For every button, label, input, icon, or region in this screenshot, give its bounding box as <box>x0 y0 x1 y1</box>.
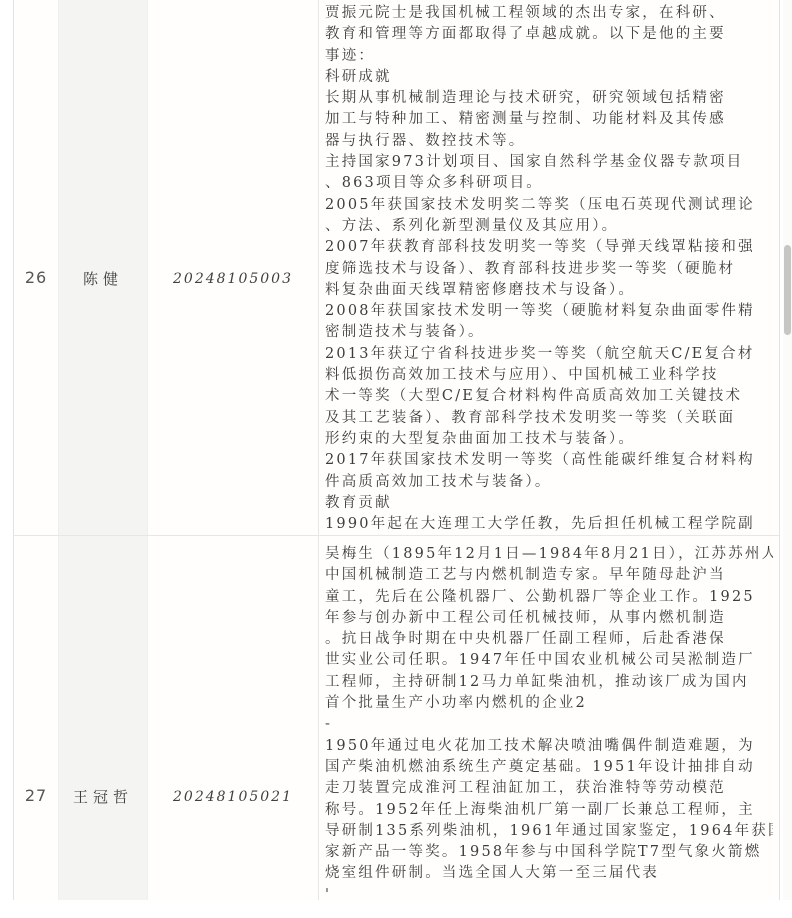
text-line: 童工，先后在公隆机器厂、公勤机器厂等企业工作。1925 <box>325 587 773 608</box>
people-table: 26 陈健 20248105003 贾振元院士是我国机械工程领域的杰出专家，在科… <box>13 0 780 900</box>
text-line: 事迹： <box>325 46 773 67</box>
person-name: 陈健 <box>83 270 123 288</box>
text-line: 1950年通过电火花加工技术解决喷油嘴偶件制造难题，为 <box>325 736 773 757</box>
text-line: 料复杂曲面天线罩精密修磨技术与设备）。 <box>325 280 773 301</box>
text-line: 料低损伤高效加工技术与应用）、中国机械工业科学技 <box>325 365 773 386</box>
text-line: 加工与特种加工、精密测量与控制、功能材料及其传感 <box>325 109 773 130</box>
scrollbar-thumb[interactable] <box>784 245 791 335</box>
text-line: 形约束的大型复杂曲面加工技术与装备）。 <box>325 429 773 450</box>
text-line: 1990年起在大连理工大学任教，先后担任机械工程学院副 <box>325 514 773 535</box>
cell-row-number: 26 <box>14 0 58 535</box>
page-bottom-margin <box>0 900 792 918</box>
text-line: 长期从事机械制造理论与技术研究，研究领域包括精密 <box>325 88 773 109</box>
text-line: 2005年获国家技术发明奖二等奖（压电石英现代测试理论 <box>325 195 773 216</box>
scrollbar-track <box>783 0 792 900</box>
text-line: 工程师，主持研制12马力单缸柴油机，推动该厂成为国内 <box>325 672 773 693</box>
text-line: 2008年获国家技术发明一等奖（硬脆材料复杂曲面零件精 <box>325 301 773 322</box>
text-line: 2013年获辽宁省科技进步奖一等奖（航空航天C/E复合材 <box>325 344 773 365</box>
text-line: 、863项目等众多科研项目。 <box>325 173 773 194</box>
person-id: 20248105003 <box>173 271 293 287</box>
cell-person-name: 陈健 <box>58 0 148 535</box>
text-line: 称号。1952年任上海柴油机厂第一副厂长兼总工程师，主 <box>325 800 773 821</box>
text-line: 2017年获国家技术发明一等奖（高性能碳纤维复合材料构 <box>325 450 773 471</box>
row-number: 26 <box>25 268 47 287</box>
bio-text: 贾振元院士是我国机械工程领域的杰出专家，在科研、教育和管理等方面都取得了卓越成就… <box>325 3 773 535</box>
row-number: 27 <box>25 786 47 805</box>
cell-person-id: 20248105021 <box>148 536 318 900</box>
person-id: 20248105021 <box>173 789 293 805</box>
text-line: 首个批量生产小功率内燃机的企业2 <box>325 693 773 714</box>
text-line: 度筛选技术与设备）、教育部科技进步奖一等奖（硬脆材 <box>325 259 773 280</box>
text-line: 教育贡献 <box>325 493 773 514</box>
text-line: 烧室组件研制。当选全国人大第一至三届代表 <box>325 863 773 884</box>
text-line: 世实业公司任职。1947年任中国农业机械公司吴淞制造厂 <box>325 650 773 671</box>
bio-text: 吴梅生（1895年12月1日—1984年8月21日），江苏苏州人，中国机械制造工… <box>325 544 773 900</box>
text-line: 贾振元院士是我国机械工程领域的杰出专家，在科研、 <box>325 3 773 24</box>
cell-bio-text: 吴梅生（1895年12月1日—1984年8月21日），江苏苏州人，中国机械制造工… <box>318 536 779 900</box>
text-line: 导研制135系列柴油机，1961年通过国家鉴定，1964年获国 <box>325 821 773 842</box>
text-line: 科研成就 <box>325 67 773 88</box>
text-line: 件高质高效加工技术与装备）。 <box>325 472 773 493</box>
table-row: 27 王冠哲 20248105021 吴梅生（1895年12月1日—1984年8… <box>14 535 779 900</box>
text-line: 器与执行器、数控技术等。 <box>325 131 773 152</box>
table-row: 26 陈健 20248105003 贾振元院士是我国机械工程领域的杰出专家，在科… <box>14 0 779 535</box>
text-line: 国产柴油机燃油系统生产奠定基础。1951年设计抽排自动 <box>325 757 773 778</box>
text-line: 术一等奖（大型C/E复合材料构件高质高效加工关键技术 <box>325 386 773 407</box>
document-page: 26 陈健 20248105003 贾振元院士是我国机械工程领域的杰出专家，在科… <box>0 0 792 918</box>
text-line: ' <box>325 885 773 900</box>
text-line: 中国机械制造工艺与内燃机制造专家。早年随母赴沪当 <box>325 565 773 586</box>
text-line: 年参与创办新中工程公司任机械技师，从事内燃机制造 <box>325 608 773 629</box>
text-line: 教育和管理等方面都取得了卓越成就。以下是他的主要 <box>325 24 773 45</box>
text-line: 走刀装置完成淮河工程油缸加工，获治淮特等劳动模范 <box>325 778 773 799</box>
text-line: 。抗日战争时期在中央机器厂任副工程师，后赴香港保 <box>325 629 773 650</box>
cell-row-number: 27 <box>14 536 58 900</box>
text-line: 2007年获教育部科技发明奖一等奖（导弹天线罩粘接和强 <box>325 237 773 258</box>
cell-person-name: 王冠哲 <box>58 536 148 900</box>
text-line: 吴梅生（1895年12月1日—1984年8月21日），江苏苏州人， <box>325 544 773 565</box>
cell-person-id: 20248105003 <box>148 0 318 535</box>
person-name: 王冠哲 <box>73 788 133 806</box>
cell-bio-text: 贾振元院士是我国机械工程领域的杰出专家，在科研、教育和管理等方面都取得了卓越成就… <box>318 0 779 535</box>
text-line: 家新产品一等奖。1958年参与中国科学院T7型气象火箭燃 <box>325 842 773 863</box>
text-line: - <box>325 714 773 735</box>
text-line: 主持国家973计划项目、国家自然科学基金仪器专款项目 <box>325 152 773 173</box>
text-line: 及其工艺装备）、教育部科学技术发明奖一等奖（关联面 <box>325 408 773 429</box>
text-line: 密制造技术与装备）。 <box>325 322 773 343</box>
text-line: 、方法、系列化新型测量仪及其应用）。 <box>325 216 773 237</box>
